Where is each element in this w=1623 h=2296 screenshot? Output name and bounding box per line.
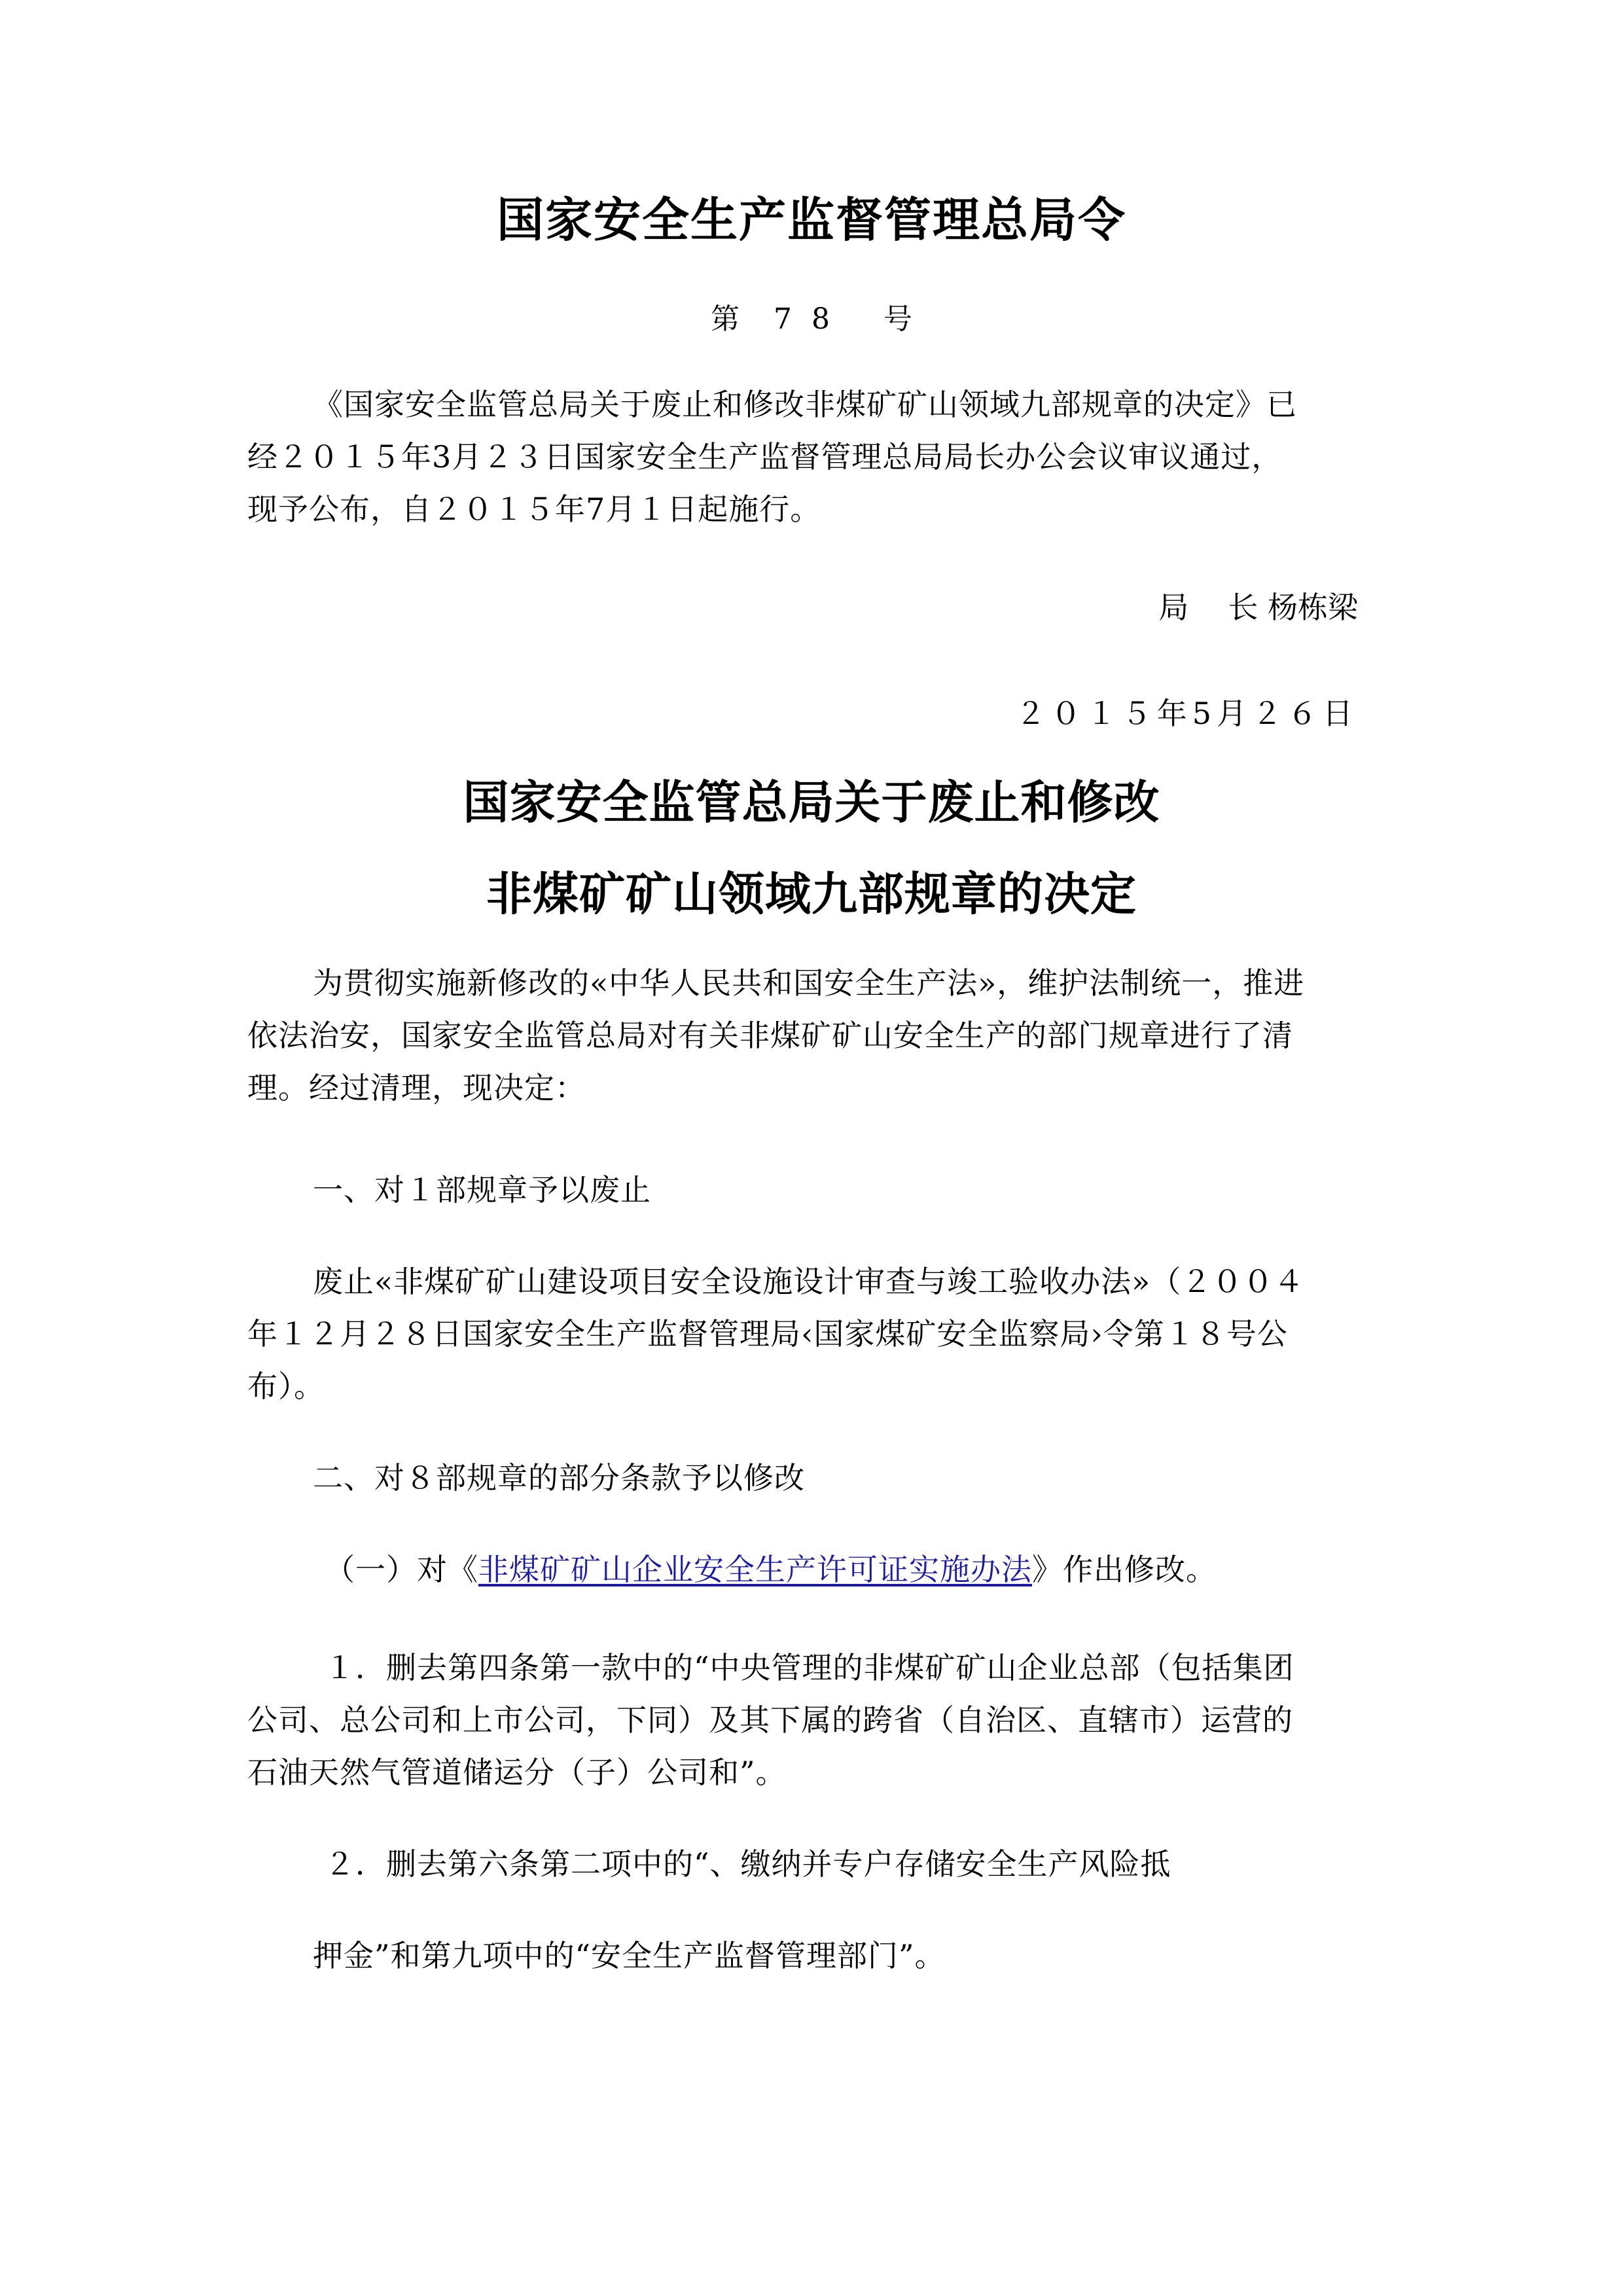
order-number-suffix: 号 — [883, 302, 912, 336]
item1-line: １．删去第四条第一款中的“中央管理的非煤矿矿山企业总部（包括集团 — [247, 1641, 1360, 1694]
section2-heading: 二、对８部规章的部分条款予以修改 — [247, 1452, 1360, 1504]
signatory-title: 局 — [1158, 590, 1188, 625]
order-number-prefix: 第 — [711, 302, 740, 336]
order-number-value: 78 — [774, 302, 849, 336]
item2-block: ２．删去第六条第二项中的“、缴纳并专户存储安全生产风险抵 — [247, 1838, 1360, 1890]
intro-line: 理。经过清理，现决定： — [247, 1062, 1360, 1114]
intro-line: 为贯彻实施新修改的«中华人民共和国安全生产法»，维护法制统一，推进 — [247, 957, 1360, 1009]
intro-line: 依法治安，国家安全监管总局对有关非煤矿矿山安全生产的部门规章进行了清 — [247, 1009, 1360, 1062]
item2-line: ２．删去第六条第二项中的“、缴纳并专户存储安全生产风险抵 — [247, 1838, 1360, 1890]
promulgation-line: 经２０１５年3月２３日国家安全生产监督管理总局局长办公会议审议通过， — [247, 431, 1360, 483]
order-number: 第78号 — [0, 300, 1623, 339]
item2-line: 押金”和第九项中的“安全生产监督管理部门”。 — [247, 1929, 1360, 1982]
item1-line: 公司、总公司和上市公司，下同）及其下属的跨省（自治区、直辖市）运营的 — [247, 1694, 1360, 1746]
item2-continuation-block: 押金”和第九项中的“安全生产监督管理部门”。 — [247, 1929, 1360, 1982]
promulgation-line: 现予公布，自２０１５年7月１日起施行。 — [247, 483, 1360, 535]
subsection1-suffix: 》作出修改。 — [1032, 1552, 1217, 1587]
section1-heading-block: 一、对１部规章予以废止 — [247, 1164, 1360, 1216]
item1-block: １．删去第四条第一款中的“中央管理的非煤矿矿山企业总部（包括集团 公司、总公司和… — [247, 1641, 1360, 1799]
section1-line: 年１２月２８日国家安全生产监督管理局‹国家煤矿安全监察局›令第１８号公 — [247, 1308, 1360, 1360]
section2-heading-block: 二、对８部规章的部分条款予以修改 — [247, 1452, 1360, 1504]
signatory-name: 杨栋梁 — [1268, 590, 1358, 625]
signatory: 局长 杨栋梁 — [1158, 588, 1358, 627]
regulation-link[interactable]: 非煤矿矿山企业安全生产许可证实施办法 — [478, 1552, 1032, 1587]
intro-paragraph: 为贯彻实施新修改的«中华人民共和国安全生产法»，维护法制统一，推进 依法治安，国… — [247, 957, 1360, 1114]
order-title: 国家安全生产监督管理总局令 — [0, 188, 1623, 251]
order-date: ２０１５年5月２６日 — [1016, 694, 1358, 733]
promulgation-line: 《国家安全监管总局关于废止和修改非煤矿矿山领域九部规章的决定》已 — [247, 378, 1360, 431]
section1-body: 废止«非煤矿矿山建设项目安全设施设计审查与竣工验收办法»（２００４ 年１２月２８… — [247, 1255, 1360, 1412]
section1-line: 废止«非煤矿矿山建设项目安全设施设计审查与竣工验收办法»（２００４ — [247, 1255, 1360, 1308]
signatory-title: 长 — [1228, 590, 1258, 625]
promulgation-paragraph: 《国家安全监管总局关于废止和修改非煤矿矿山领域九部规章的决定》已 经２０１５年3… — [247, 378, 1360, 535]
item1-line: 石油天然气管道储运分（子）公司和”。 — [247, 1746, 1360, 1799]
section1-line: 布）。 — [247, 1360, 1360, 1412]
decision-title-line2: 非煤矿矿山领域九部规章的决定 — [0, 863, 1623, 925]
subsection1-prefix: （一）对《 — [325, 1552, 478, 1587]
subsection1-block: （一）对《非煤矿矿山企业安全生产许可证实施办法》作出修改。 — [247, 1543, 1360, 1596]
document-page: 国家安全生产监督管理总局令 第78号 《国家安全监管总局关于废止和修改非煤矿矿山… — [0, 0, 1623, 2296]
section1-heading: 一、对１部规章予以废止 — [247, 1164, 1360, 1216]
subsection1-line: （一）对《非煤矿矿山企业安全生产许可证实施办法》作出修改。 — [247, 1543, 1360, 1596]
decision-title-line1: 国家安全监管总局关于废止和修改 — [0, 771, 1623, 834]
